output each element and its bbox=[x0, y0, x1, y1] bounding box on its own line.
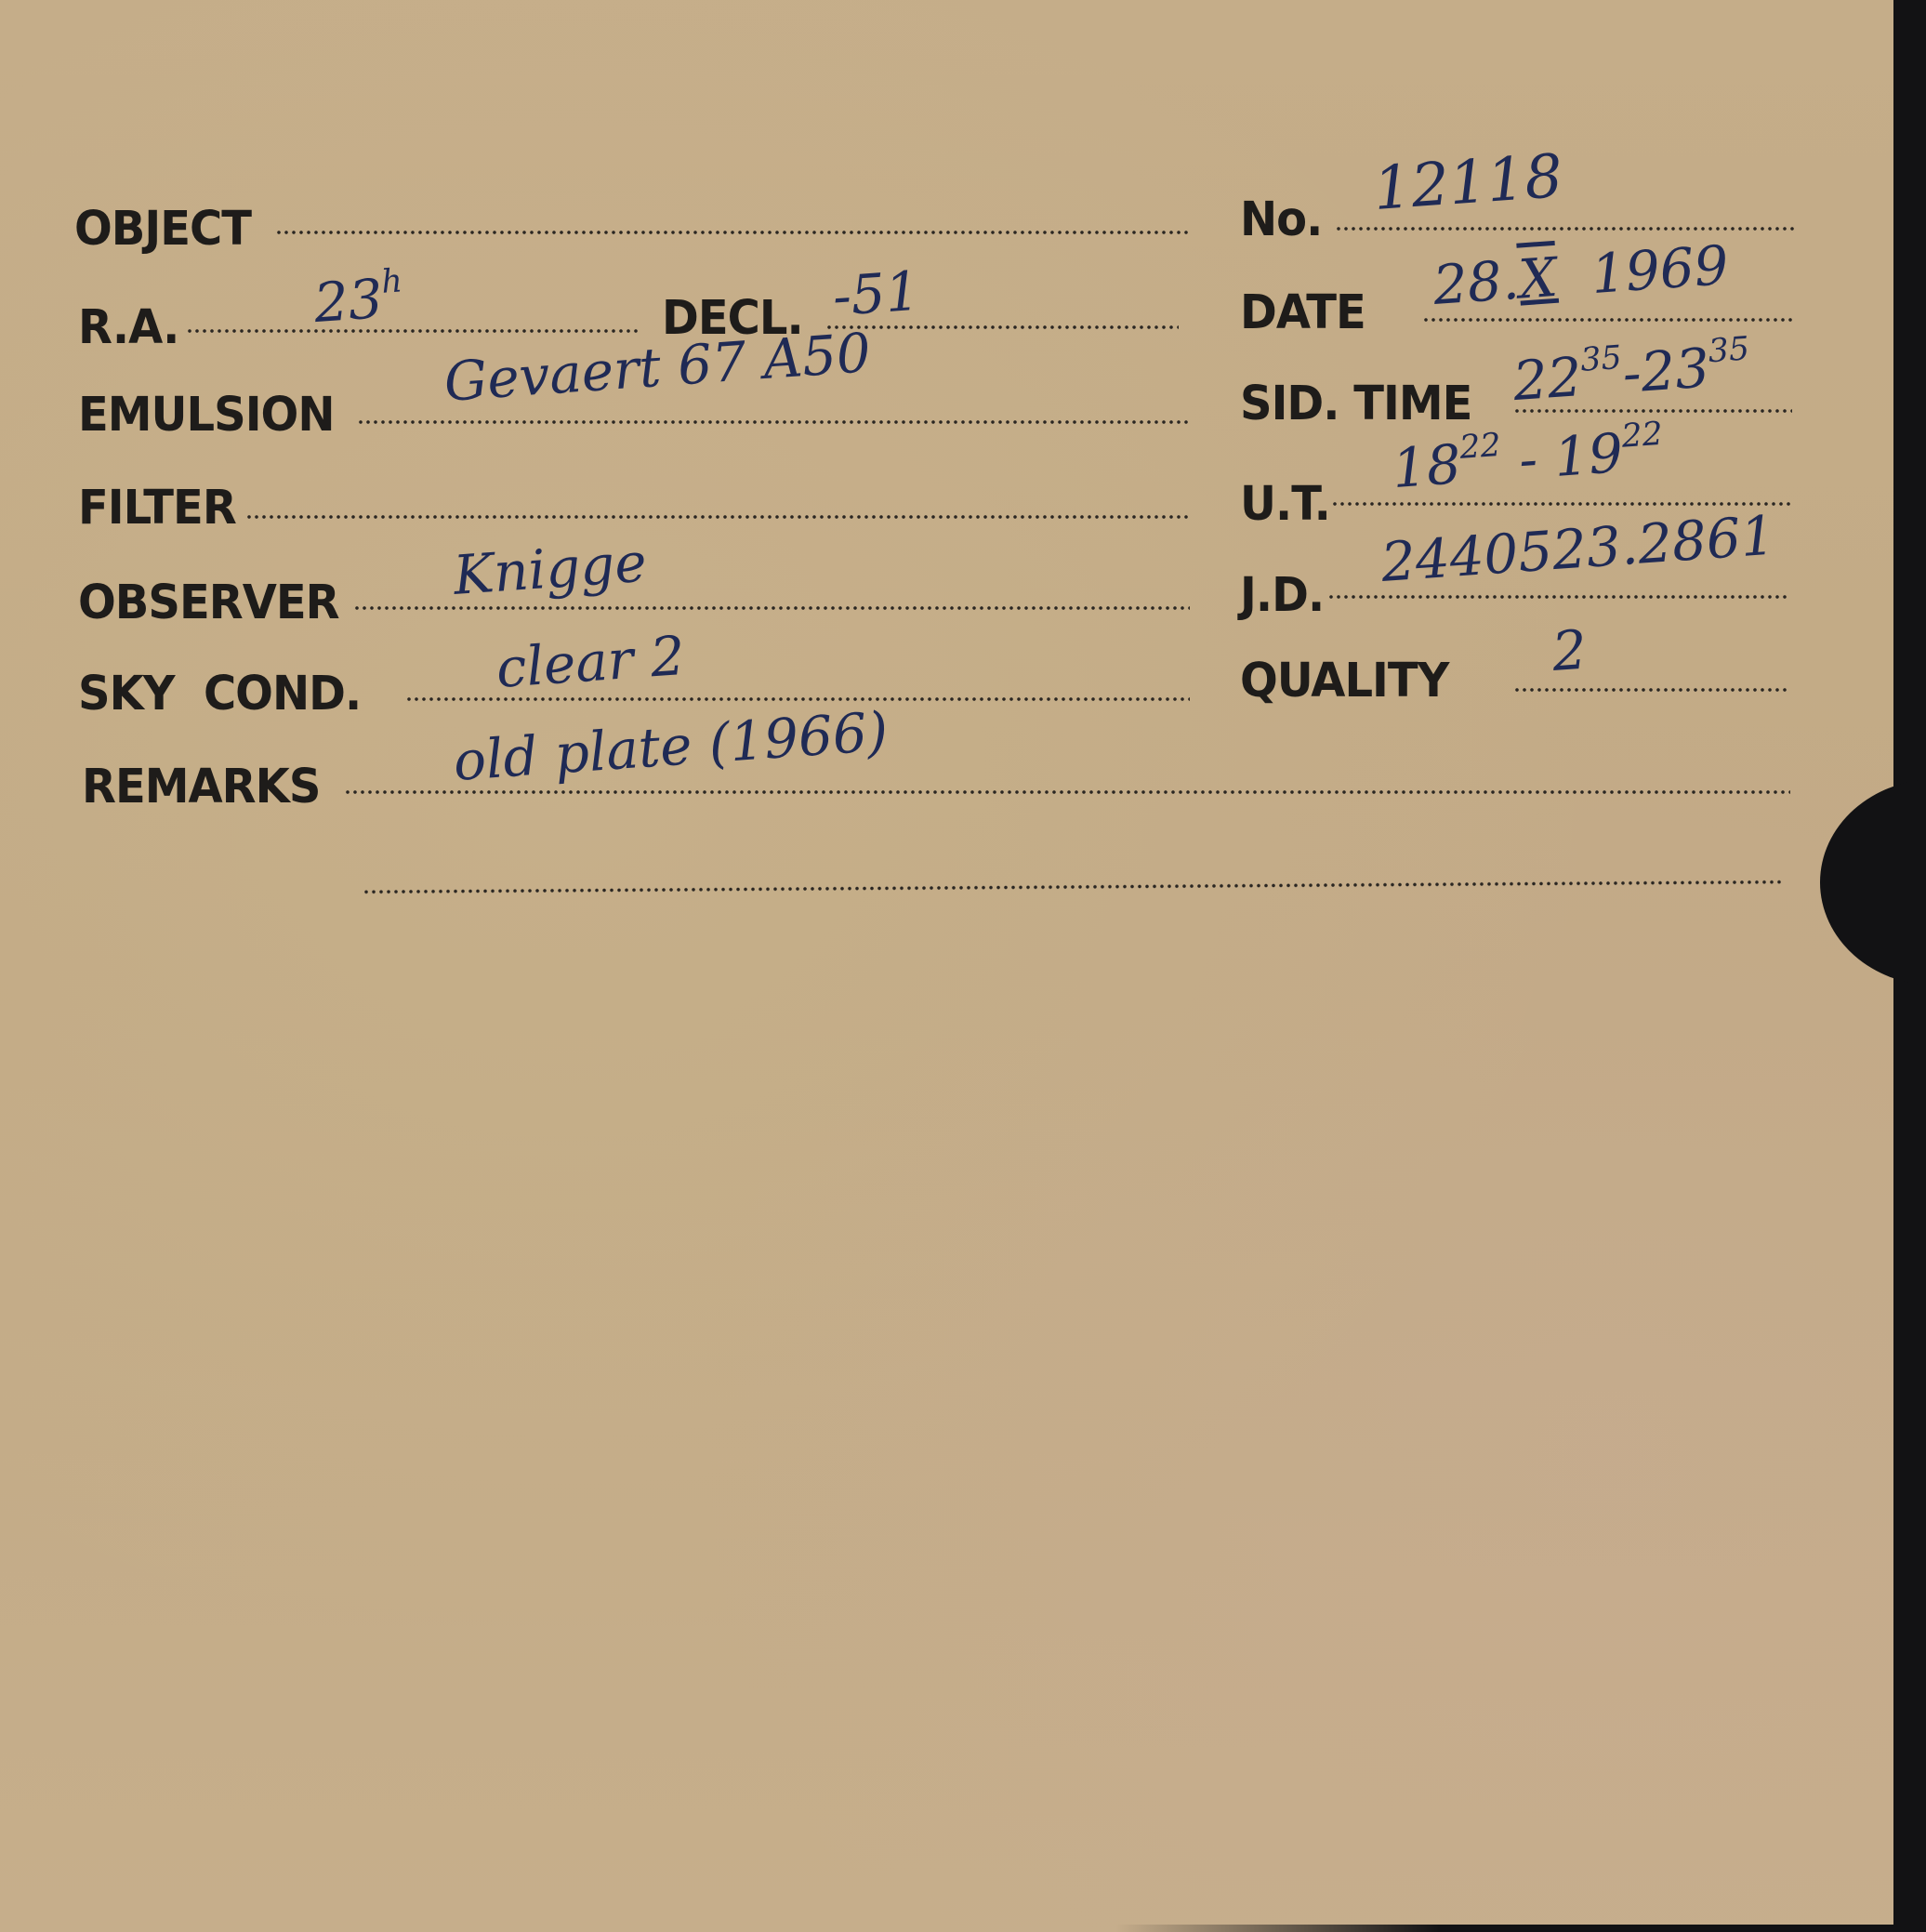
label-filter: FILTER bbox=[78, 484, 236, 531]
label-jd: J.D. bbox=[1240, 572, 1324, 618]
emulsion-value: Gevaert 67 A50 bbox=[442, 325, 873, 409]
remarks-value: old plate (1966) bbox=[452, 704, 890, 788]
quality-field-line bbox=[1513, 688, 1788, 692]
jd-value: 2440523.2861 bbox=[1379, 509, 1776, 589]
label-emulsion: EMULSION bbox=[78, 391, 335, 438]
jd-field-line bbox=[1327, 595, 1788, 599]
remarks-continuation-line bbox=[363, 880, 1781, 894]
observer-value: Knigge bbox=[452, 536, 648, 602]
label-observer: OBSERVER bbox=[78, 579, 339, 626]
label-object: OBJECT bbox=[74, 205, 251, 252]
label-sky-cond: SKY COND. bbox=[78, 670, 361, 717]
label-ra: R.A. bbox=[78, 304, 178, 351]
no-field-line bbox=[1335, 227, 1796, 231]
sid-time-value: 2235-2335 bbox=[1511, 333, 1753, 408]
label-date: DATE bbox=[1240, 289, 1365, 336]
date-field-line bbox=[1422, 318, 1794, 322]
date-value: 28.X 1969 bbox=[1431, 238, 1730, 312]
ut-field-line bbox=[1331, 502, 1792, 506]
sky-cond-value: clear 2 bbox=[495, 629, 687, 695]
filter-field-line bbox=[245, 515, 1190, 519]
quality-value: 2 bbox=[1550, 623, 1589, 679]
remarks-field-line bbox=[344, 790, 1790, 794]
label-ut: U.T. bbox=[1240, 481, 1330, 527]
plate-number-value: 12118 bbox=[1372, 147, 1565, 219]
label-remarks: REMARKS bbox=[82, 763, 320, 810]
object-field-line bbox=[275, 231, 1190, 234]
ra-field-line bbox=[186, 329, 641, 333]
label-quality: QUALITY bbox=[1240, 657, 1448, 704]
decl-field-line bbox=[825, 325, 1179, 329]
label-sid-time: SID. TIME bbox=[1240, 380, 1471, 427]
ra-value: 23h bbox=[312, 265, 405, 330]
label-no: No. bbox=[1240, 196, 1322, 243]
envelope-bottom-shadow bbox=[1115, 1925, 1926, 1932]
observer-field-line bbox=[353, 606, 1190, 610]
emulsion-field-line bbox=[357, 420, 1190, 424]
decl-value: -51 bbox=[831, 264, 921, 324]
plate-envelope-card: OBJECT R.A. 23h DECL. -51 EMULSION Gevae… bbox=[0, 0, 1893, 1932]
